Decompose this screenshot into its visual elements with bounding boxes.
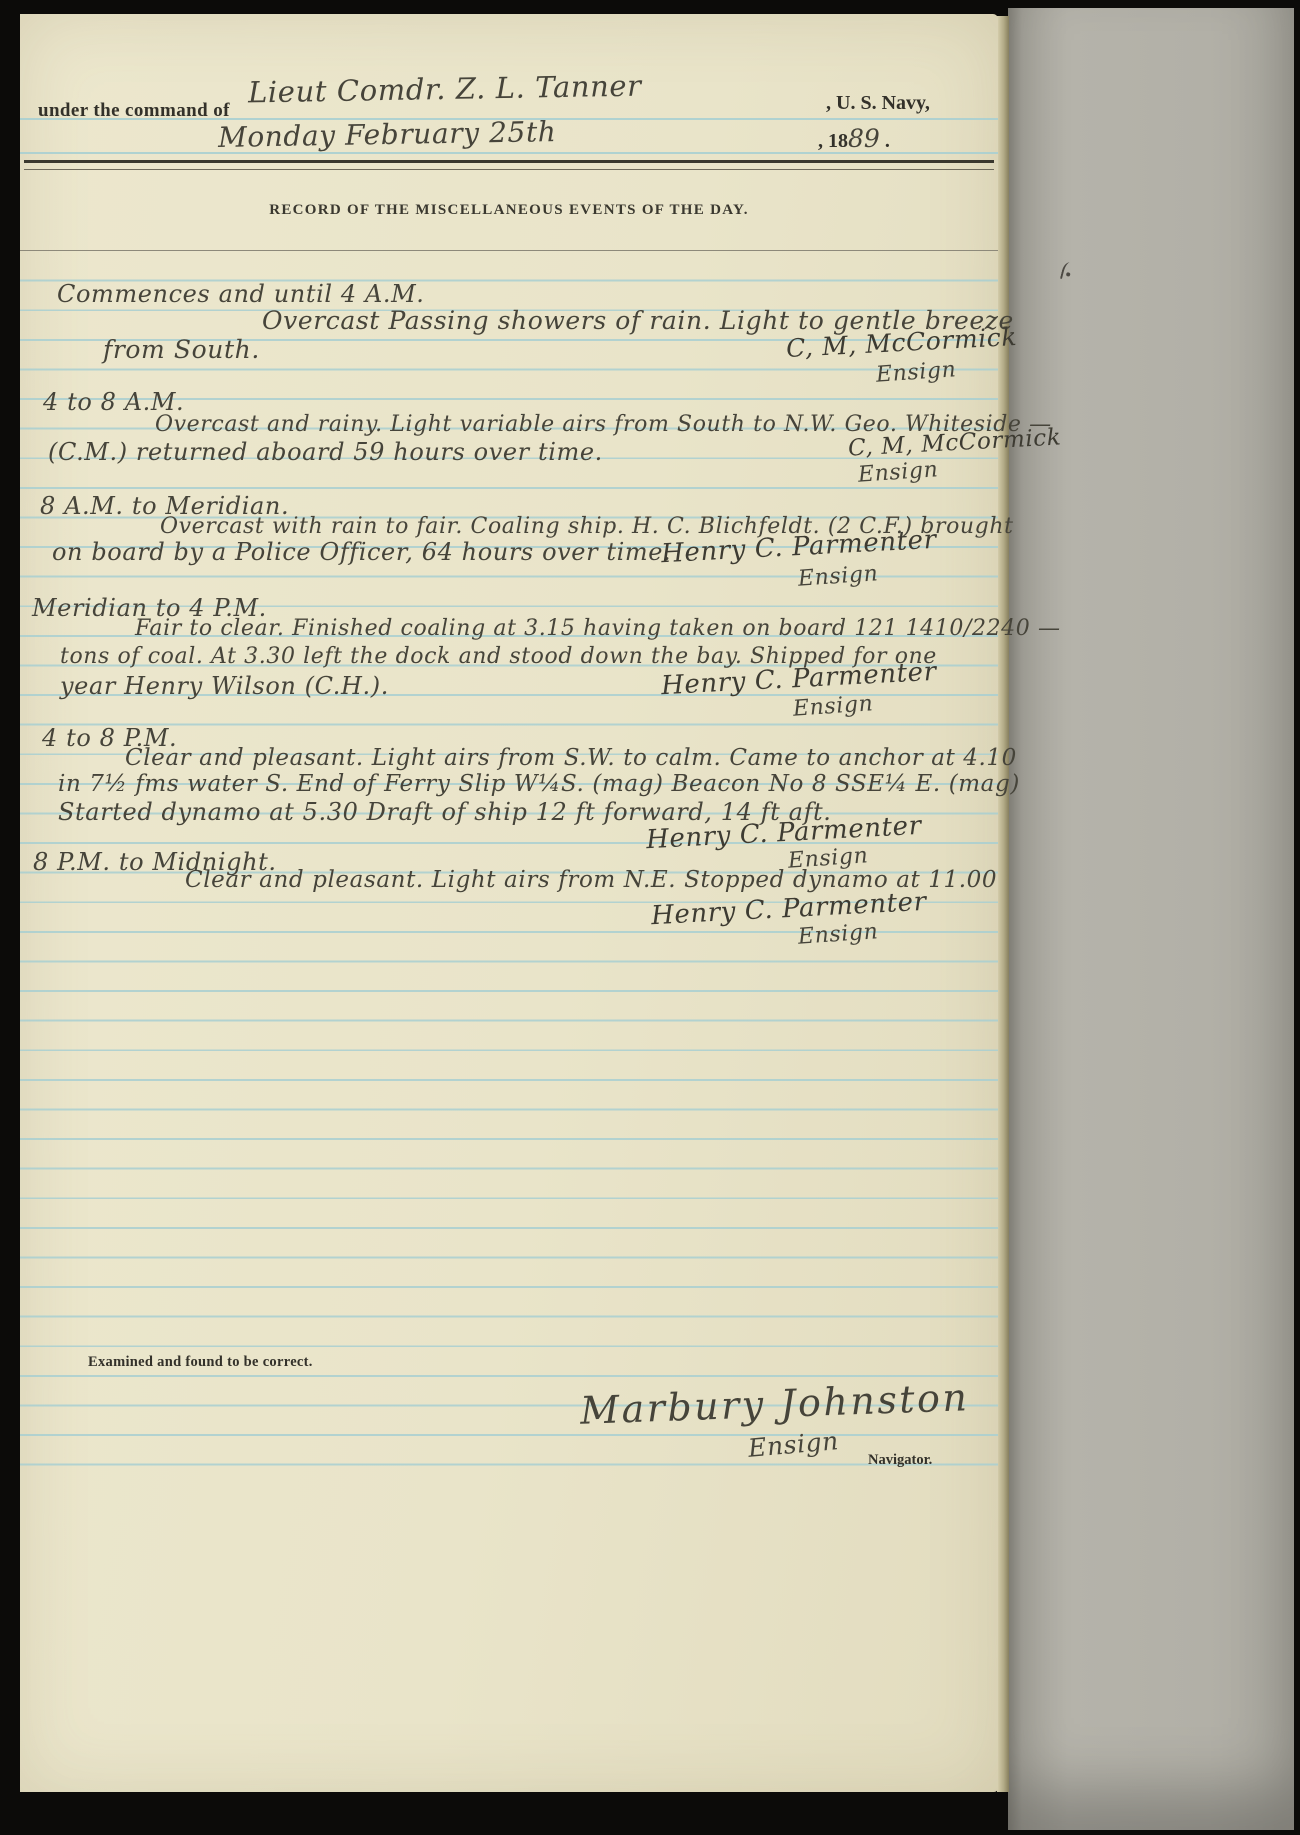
section-divider-rule (20, 250, 998, 251)
entry-watch-heading: Commences and until 4 A.M. (57, 280, 425, 308)
section-title: RECORD OF THE MISCELLANEOUS EVENTS OF TH… (20, 202, 998, 219)
year-prefix: , 18 (818, 130, 848, 152)
entry-text-line: Fair to clear. Finished coaling at 3.15 … (135, 616, 1061, 641)
year-line: , 1889 . (818, 124, 890, 153)
date-handwritten: Monday February 25th (218, 115, 557, 154)
paper-block-edge (997, 16, 1009, 1792)
logbook-page: under the command of Lieut Comdr. Z. L. … (20, 14, 998, 1792)
year-suffix: . (880, 130, 890, 152)
examined-label: Examined and found to be correct. (88, 1354, 313, 1371)
header-double-rule (24, 160, 994, 170)
entry-text-line: year Henry Wilson (C.H.). (60, 672, 389, 700)
entry-text-line: in 7½ fms water S. End of Ferry Slip W¼S… (58, 771, 1020, 797)
command-label: under the command of (38, 100, 230, 122)
entry-text-line: Clear and pleasant. Light airs from S.W.… (125, 745, 1017, 771)
year-handwritten: 89 (848, 124, 880, 153)
adjacent-page-surface (1008, 8, 1294, 1830)
navy-label: , U. S. Navy, (826, 92, 930, 115)
entry-text-line: from South. (103, 335, 260, 364)
scanned-logbook-photo: under the command of Lieut Comdr. Z. L. … (0, 0, 1300, 1835)
commander-signature: Lieut Comdr. Z. L. Tanner (248, 69, 642, 110)
navigator-label: Navigator. (868, 1452, 932, 1469)
entry-text-line: on board by a Police Officer, 64 hours o… (52, 538, 671, 566)
entry-text-line: (C.M.) returned aboard 59 hours over tim… (48, 438, 603, 466)
